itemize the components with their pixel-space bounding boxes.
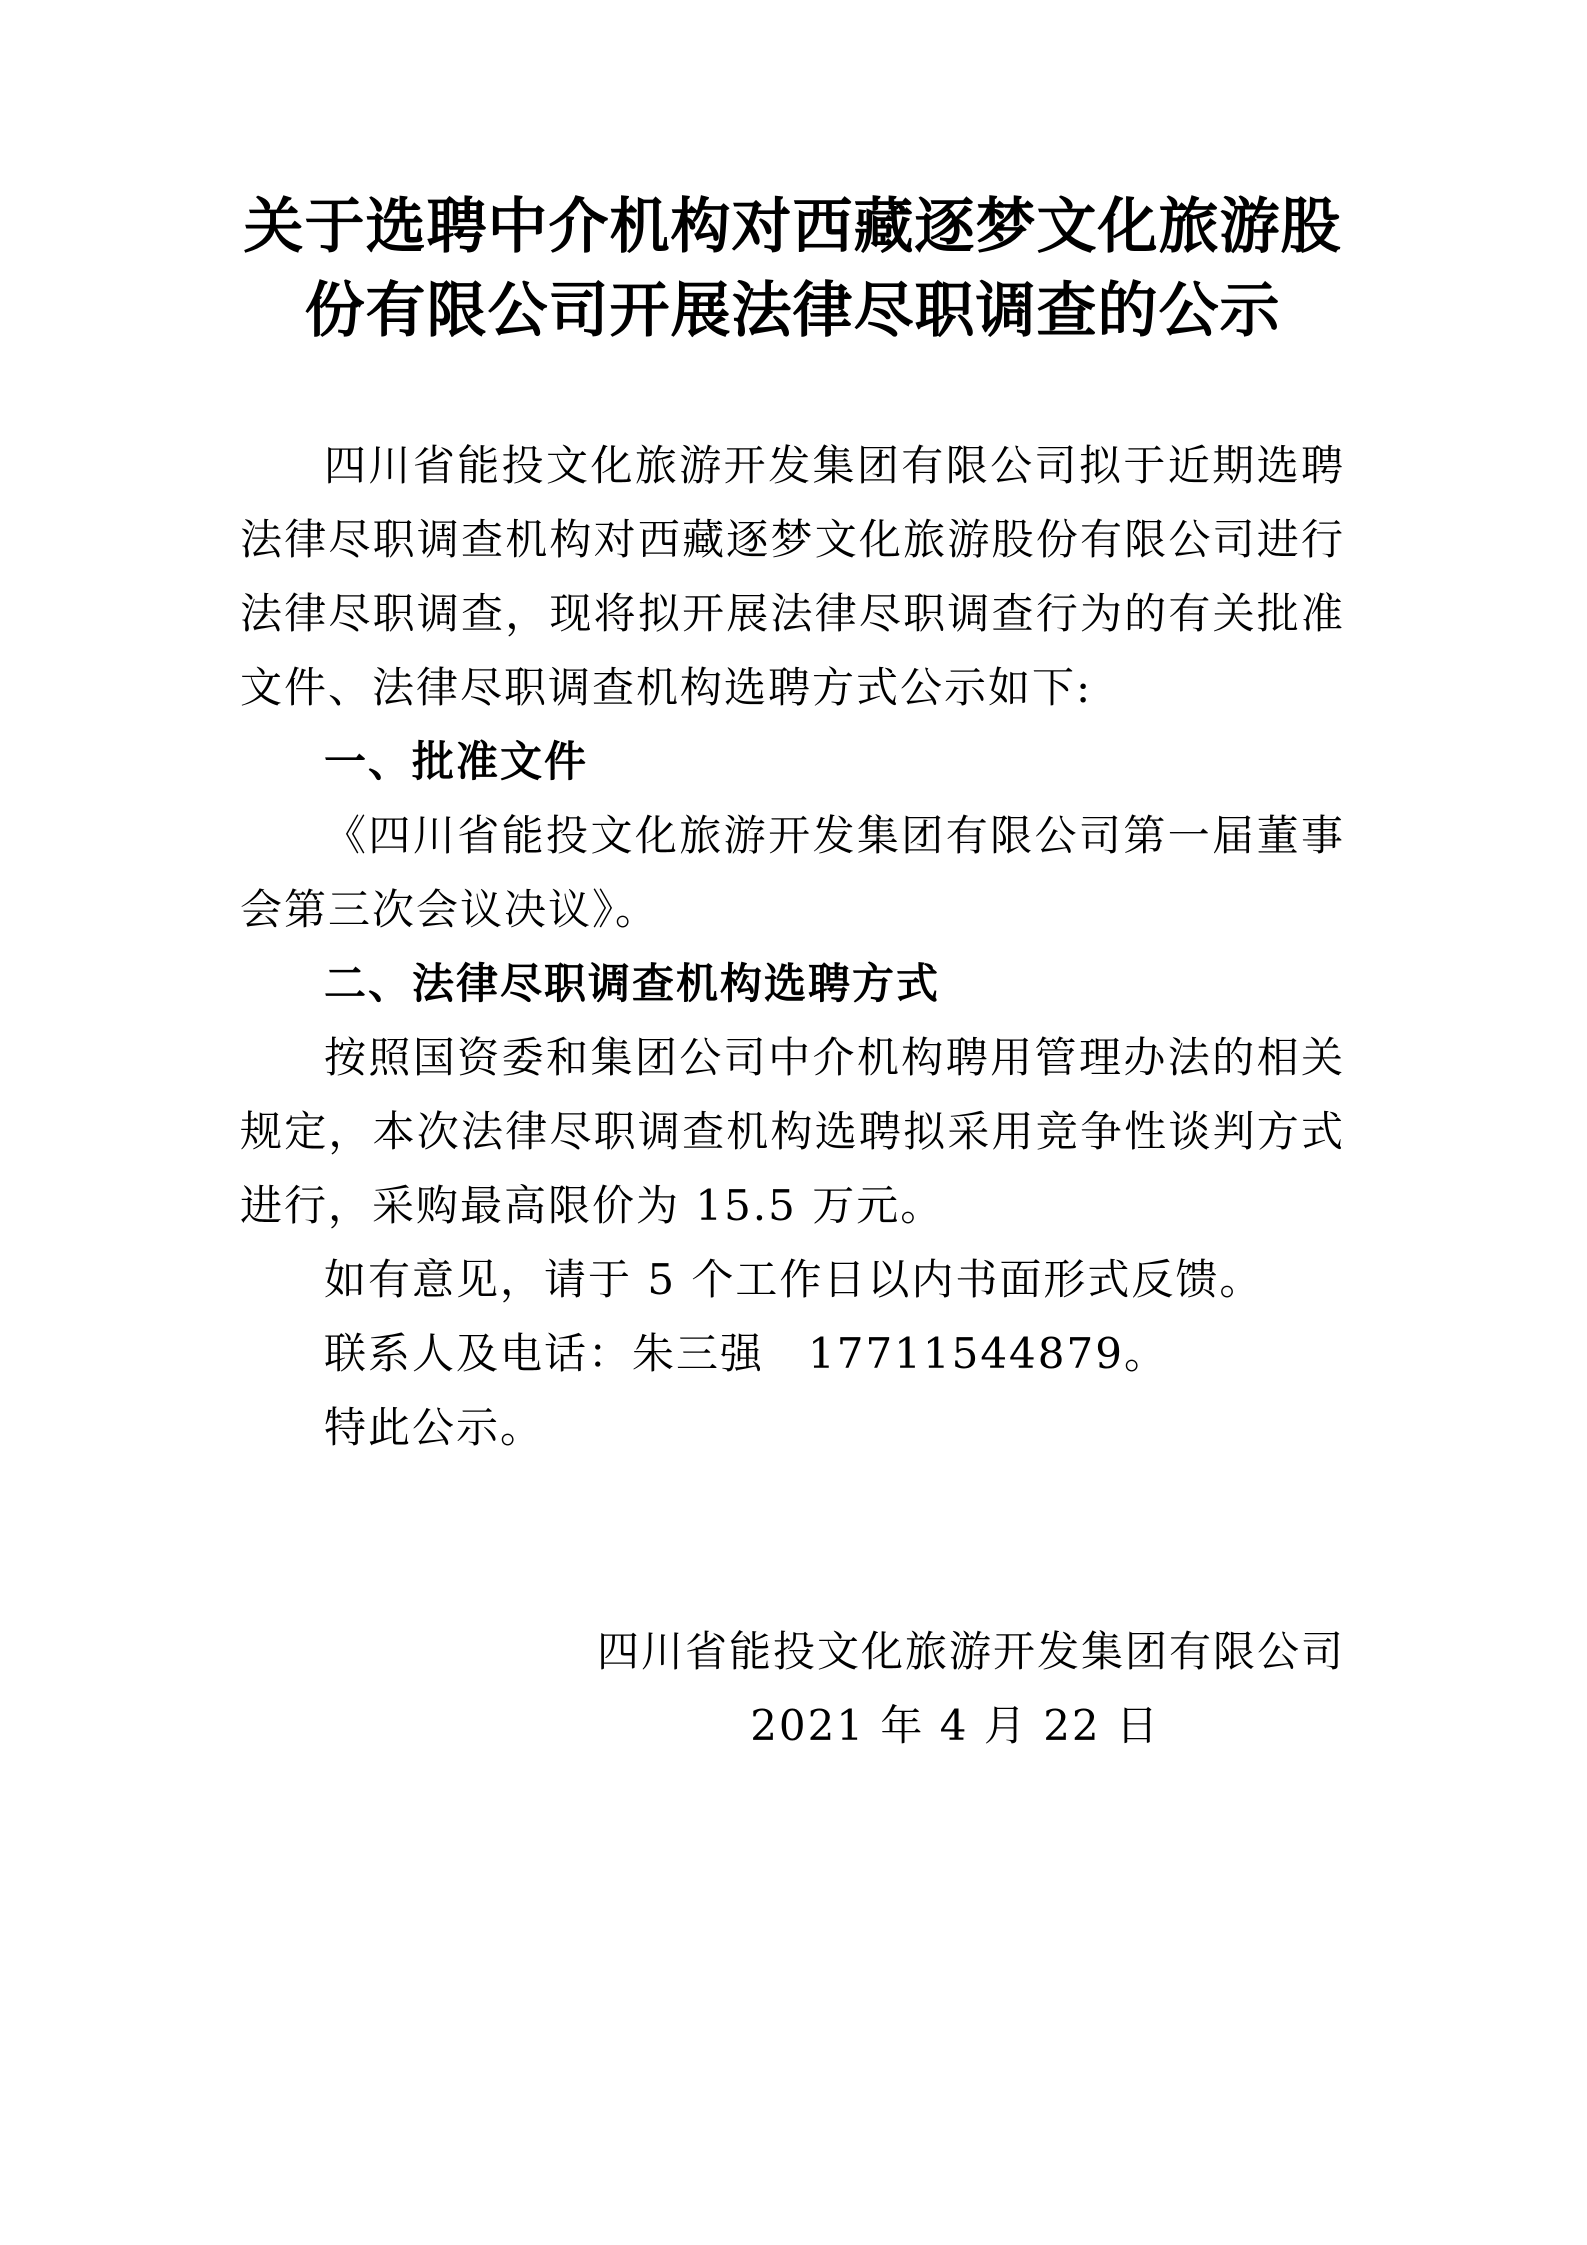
- title-line-1: 关于选聘中介机构对西藏逐梦文化旅游股: [240, 185, 1345, 269]
- section-heading-approval: 一、批准文件: [240, 725, 1345, 799]
- signature-company-name: 四川省能投文化旅游开发集团有限公司: [240, 1615, 1345, 1689]
- document-body: 四川省能投文化旅游开发集团有限公司拟于近期选聘法律尽职调查机构对西藏逐梦文化旅游…: [240, 429, 1345, 1465]
- signature-block: 四川省能投文化旅游开发集团有限公司 2021 年 4 月 22 日: [240, 1615, 1345, 1763]
- document-title: 关于选聘中介机构对西藏逐梦文化旅游股 份有限公司开展法律尽职调查的公示: [240, 185, 1345, 353]
- signature-date: 2021 年 4 月 22 日: [240, 1689, 1345, 1763]
- paragraph-selection-method: 按照国资委和集团公司中介机构聘用管理办法的相关规定，本次法律尽职调查机构选聘拟采…: [240, 1021, 1345, 1243]
- paragraph-contact-info: 联系人及电话：朱三强 17711544879。: [240, 1317, 1345, 1391]
- title-line-2: 份有限公司开展法律尽职调查的公示: [240, 269, 1345, 353]
- section-heading-selection-method: 二、法律尽职调查机构选聘方式: [240, 947, 1345, 1021]
- paragraph-intro: 四川省能投文化旅游开发集团有限公司拟于近期选聘法律尽职调查机构对西藏逐梦文化旅游…: [240, 429, 1345, 725]
- document-page: 关于选聘中介机构对西藏逐梦文化旅游股 份有限公司开展法律尽职调查的公示 四川省能…: [0, 0, 1587, 2245]
- paragraph-closing: 特此公示。: [240, 1391, 1345, 1465]
- paragraph-feedback-notice: 如有意见，请于 5 个工作日以内书面形式反馈。: [240, 1243, 1345, 1317]
- paragraph-approval-document: 《四川省能投文化旅游开发集团有限公司第一届董事会第三次会议决议》。: [240, 799, 1345, 947]
